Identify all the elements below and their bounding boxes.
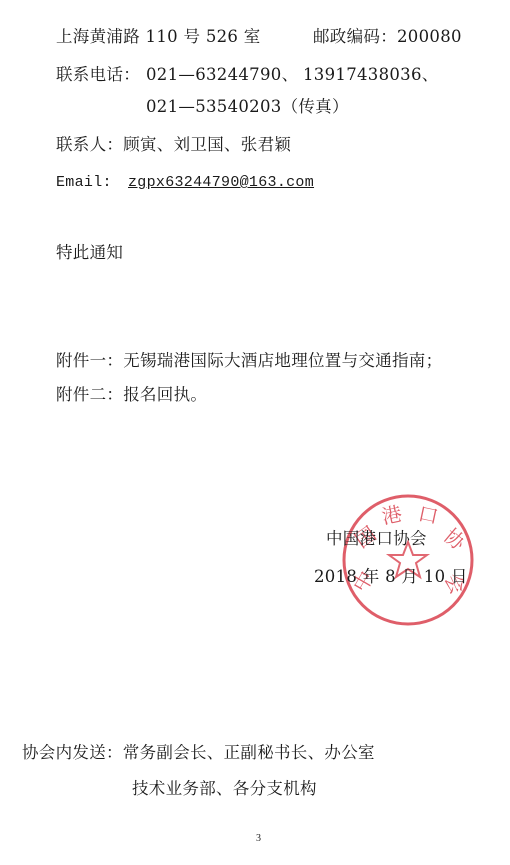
official-seal-icon: 中 国 港 口 协 会: [340, 492, 476, 628]
email-label: Email:: [56, 172, 112, 194]
phone-1: 021—63244790、: [146, 64, 298, 86]
distribution-line-1: 协会内发送：常务副会长、正副秘书长、办公室: [22, 742, 375, 764]
email-link[interactable]: zgpx63244790@163.com: [128, 172, 314, 194]
attachment-2: 附件二：报名回执。: [56, 384, 207, 406]
address-text: 上海黄浦路 110 号 526 室: [56, 26, 261, 48]
phone-label: 联系电话：: [56, 64, 140, 86]
fax-number: 021—53540203（传真）: [146, 96, 349, 118]
postcode-text: 邮政编码：200080: [313, 26, 462, 48]
distribution-line-2: 技术业务部、各分支机构: [132, 778, 317, 800]
svg-text:协: 协: [439, 524, 471, 556]
signature-date: 2018 年 8 月 10 日: [314, 566, 468, 588]
svg-text:港: 港: [380, 501, 405, 529]
page-number: 3: [256, 833, 261, 844]
contacts-text: 联系人：顾寅、刘卫国、张君颖: [56, 134, 291, 156]
attachment-1: 附件一：无锡瑞港国际大酒店地理位置与交通指南；: [56, 350, 442, 372]
notice-text: 特此通知: [56, 242, 123, 264]
svg-text:口: 口: [416, 501, 441, 529]
signature-org: 中国港口协会: [326, 528, 427, 550]
phone-2: 13917438036、: [303, 64, 439, 86]
